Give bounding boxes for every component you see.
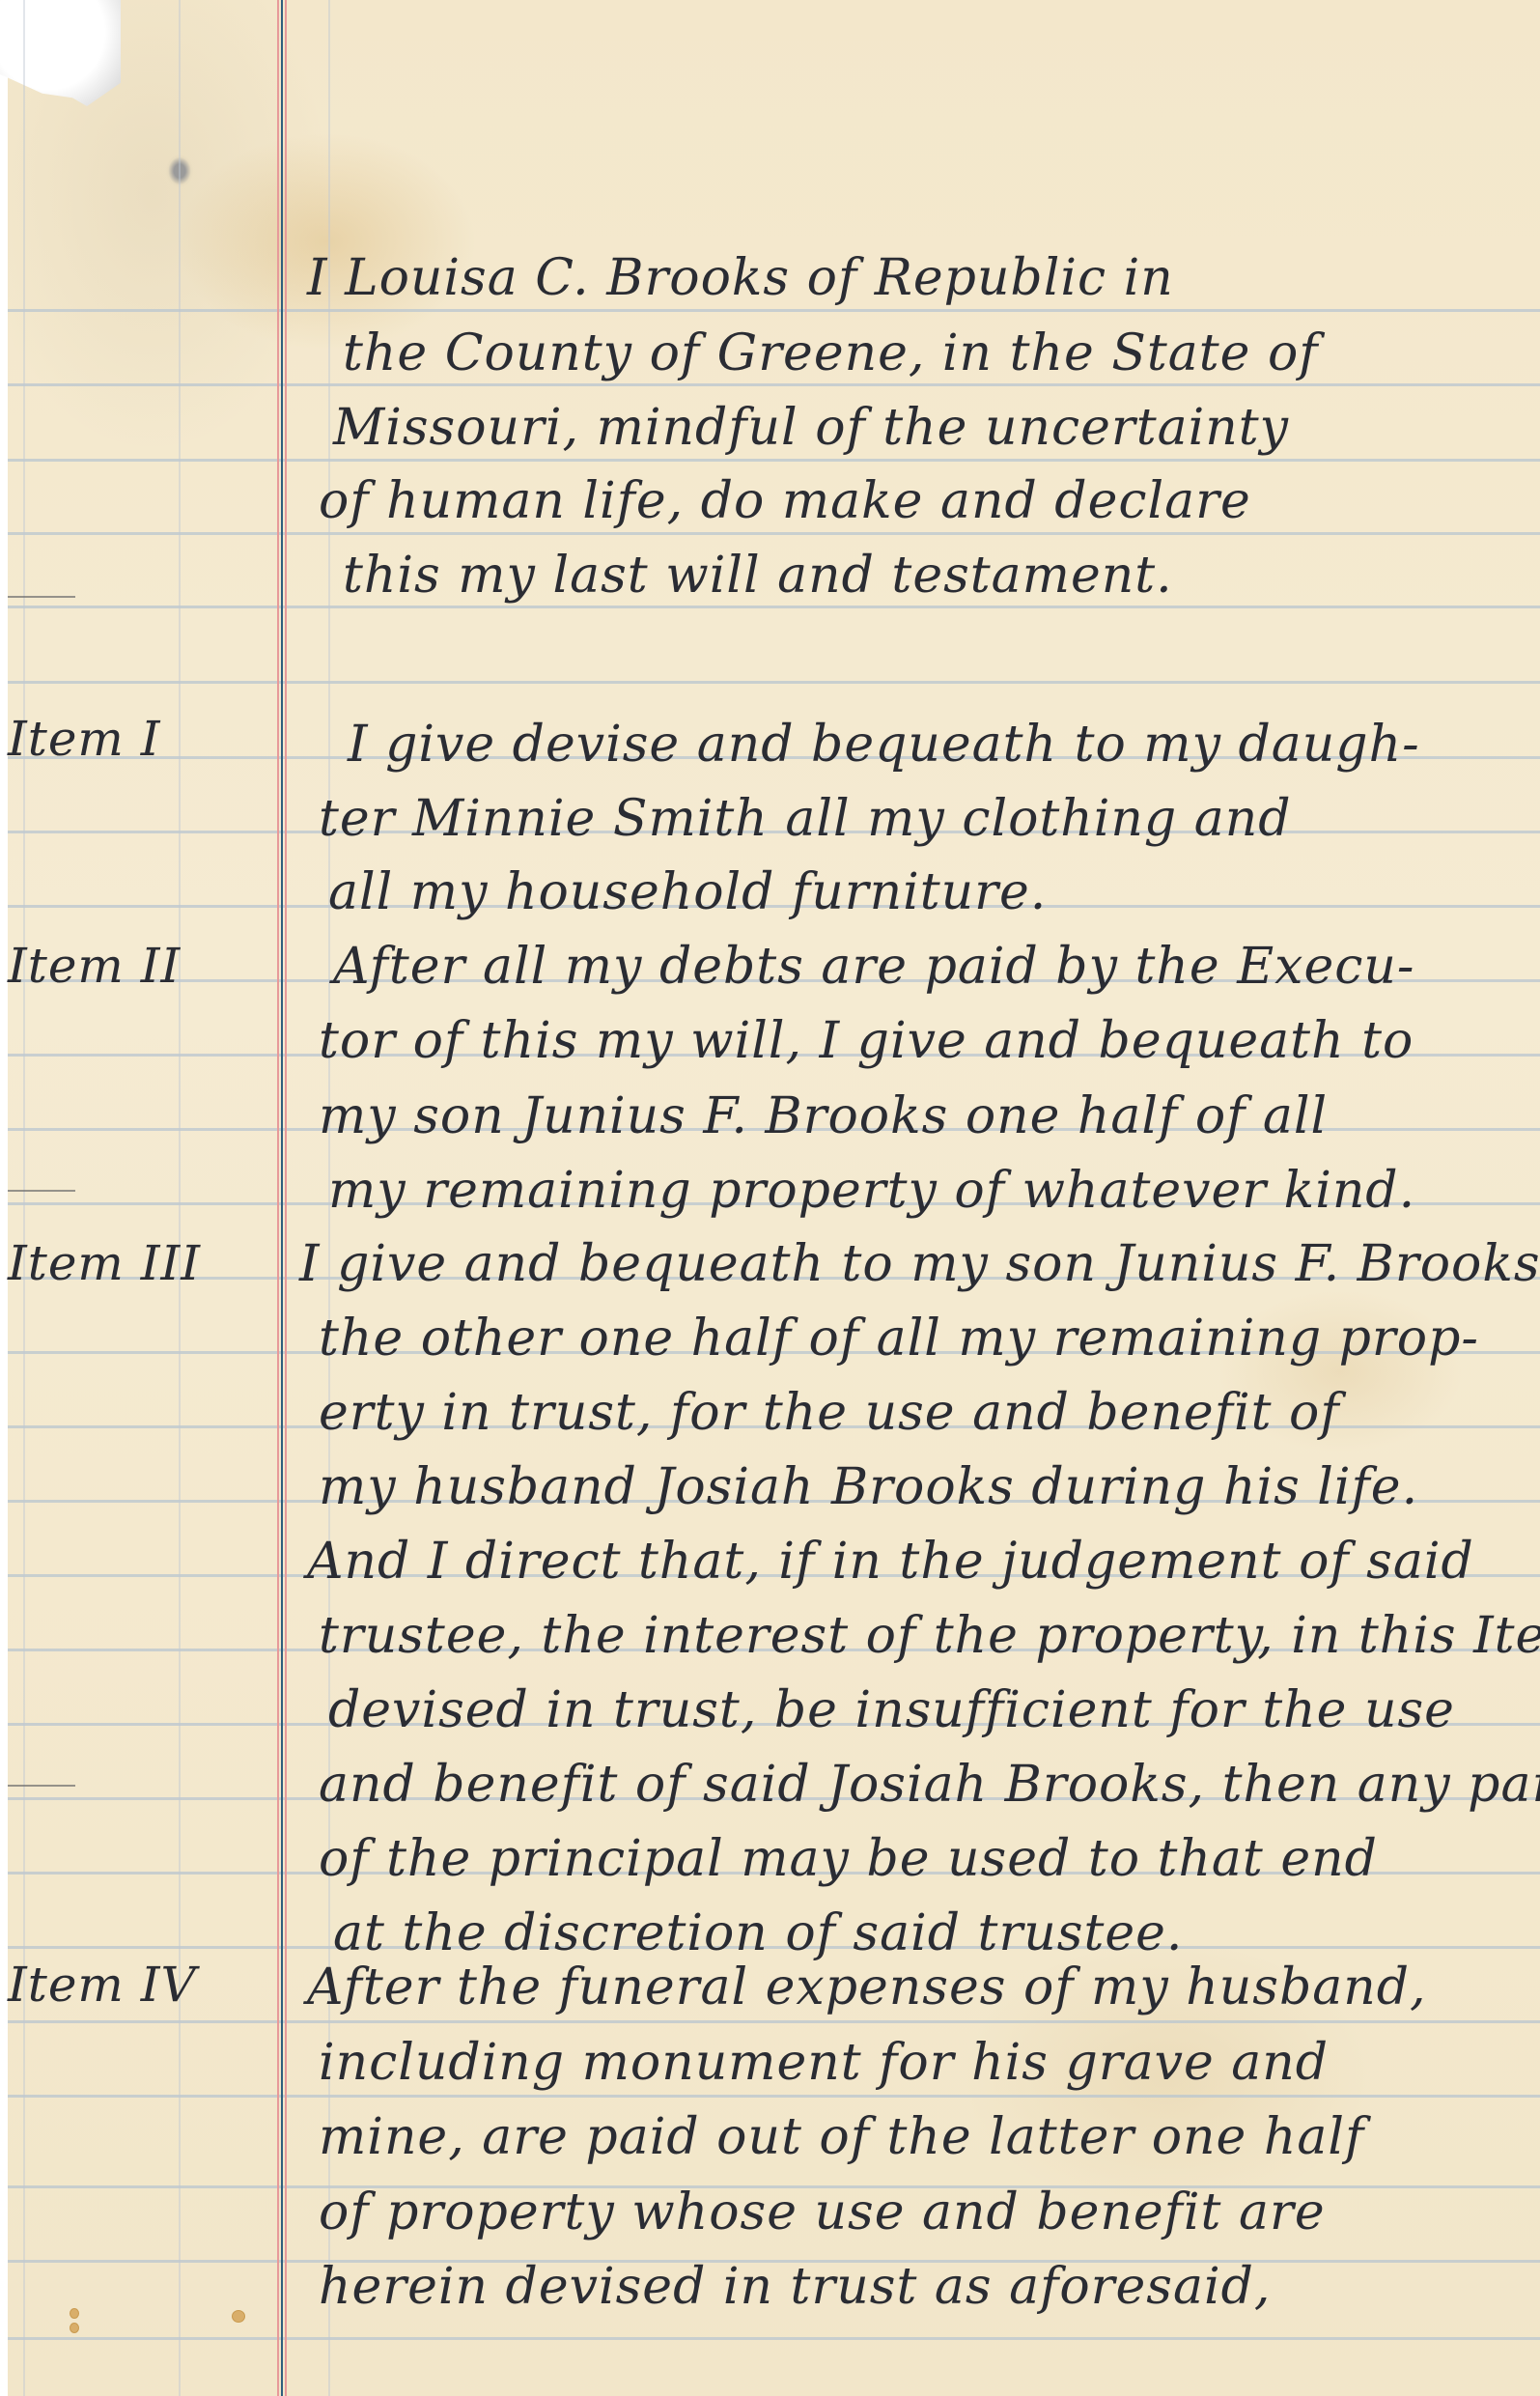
pencil-dash [8,1785,75,1787]
item-line: of property whose use and benefit are [319,2187,1326,2238]
ruled-line [8,2337,1540,2340]
pencil-dash [8,596,75,598]
ruled-line [8,383,1540,386]
preamble-line: the County of Greene, in the State of [343,328,1319,379]
item-line: After all my debts are paid by the Execu… [333,942,1414,992]
stain-spot [70,2323,79,2333]
margin-line-blue [281,0,283,2396]
margin-line-red [277,0,279,2396]
item-line: erty in trust, for the use and benefit o… [319,1388,1340,1438]
item-line: herein devised in trust as aforesaid, [319,2262,1271,2312]
preamble-line: this my last will and testament. [343,550,1173,601]
item-line: the other one half of all my remaining p… [319,1313,1479,1364]
preamble-line: I Louisa C. Brooks of Republic in [307,253,1174,303]
ruled-line [8,309,1540,312]
item-line: tor of this my will, I give and bequeath… [319,1016,1414,1066]
item-label: Item II [8,942,181,990]
item-line: and benefit of said Josiah Brooks, then … [319,1760,1540,1810]
item-line: mine, are paid out of the latter one hal… [319,2112,1364,2162]
stain-spot [232,2310,245,2323]
item-line: of the principal may be used to that end [319,1834,1378,1884]
item-line: ter Minnie Smith all my clothing and [319,794,1292,844]
item-label: Item IV [8,1960,197,2009]
item-label: Item III [8,1239,201,1287]
faint-vertical-line [179,0,181,2396]
item-line: all my household furniture. [328,867,1047,917]
stain-spot [70,2308,79,2319]
item-line: including monument for his grave and [319,2038,1329,2088]
item-line: trustee, the interest of the property, i… [319,1611,1540,1661]
item-line: I give and bequeath to my son Junius F. … [299,1239,1540,1289]
margin-line-red [285,0,287,2396]
item-line: at the discretion of said trustee. [333,1908,1183,1959]
item-line: After the funeral expenses of my husband… [307,1962,1427,2013]
ruled-line [8,606,1540,608]
ruled-line [8,2095,1540,2098]
ruled-line [8,681,1540,684]
item-line: devised in trust, be insufficient for th… [328,1685,1455,1735]
item-line: I give devise and bequeath to my daugh- [348,719,1420,770]
pencil-dash [8,1190,75,1192]
item-line: And I direct that, if in the judgement o… [307,1536,1474,1587]
item-line: my remaining property of whatever kind. [328,1166,1415,1216]
preamble-line: Missouri, mindful of the uncertainty [333,403,1289,453]
item-line: my husband Josiah Brooks during his life… [319,1462,1418,1512]
faint-vertical-line [23,0,25,2396]
preamble-line: of human life, do make and declare [319,476,1251,526]
ruled-line [8,532,1540,535]
item-label: Item I [8,715,161,763]
ruled-line [8,2020,1540,2023]
ruled-line [8,459,1540,462]
item-line: my son Junius F. Brooks one half of all [319,1091,1328,1142]
